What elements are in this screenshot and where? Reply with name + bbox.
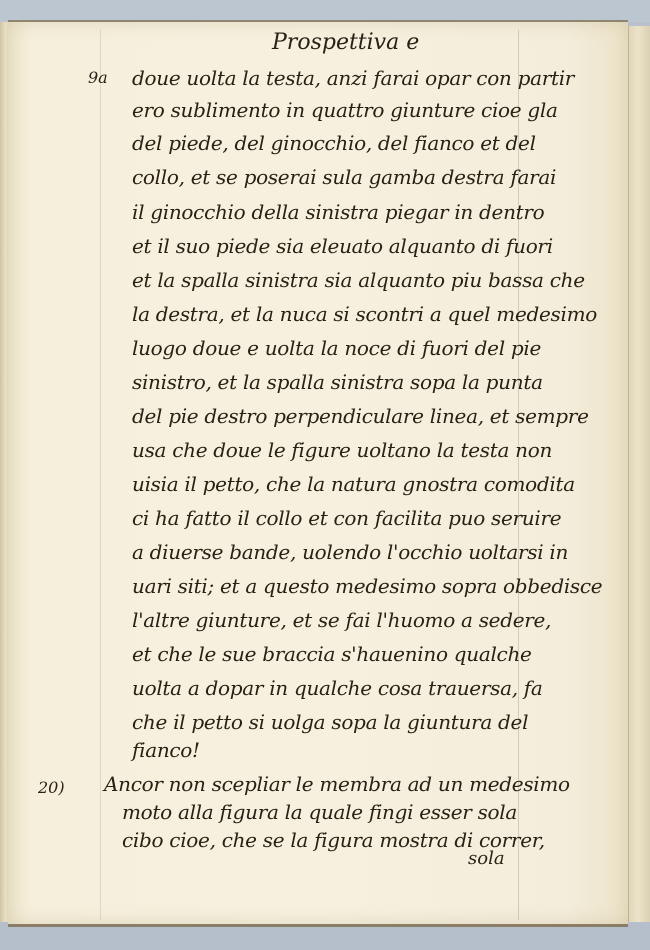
text-line: a diuerse bande, uolendo l'occhio uoltar… bbox=[132, 540, 568, 564]
text-line: sinistro, et la spalla sinistra sopa la … bbox=[132, 370, 543, 394]
text-line: collo, et se poserai sula gamba destra f… bbox=[132, 165, 556, 189]
margin-ruling-left bbox=[100, 30, 101, 920]
text-line: usa che doue le figure uoltano la testa … bbox=[132, 438, 552, 462]
text-line: fianco! bbox=[132, 738, 200, 762]
text-line: et la spalla sinistra sia alquanto piu b… bbox=[132, 268, 585, 292]
text-line: et il suo piede sia eleuato alquanto di … bbox=[132, 234, 553, 258]
text-line: la destra, et la nuca si scontri a quel … bbox=[132, 302, 597, 326]
text-line: uari siti; et a questo medesimo sopra ob… bbox=[132, 574, 602, 598]
text-line: che il petto si uolga sopa la giuntura d… bbox=[132, 710, 528, 734]
text-line: ci ha fatto il collo et con facilita puo… bbox=[132, 506, 561, 530]
text-line: del pie destro perpendiculare linea, et … bbox=[132, 404, 589, 428]
page-header: Prospettiva e bbox=[272, 30, 419, 55]
page-fore-edge bbox=[628, 26, 650, 922]
text-line: luogo doue e uolta la noce di fuori del … bbox=[132, 336, 541, 360]
scan-background-top bbox=[0, 0, 650, 22]
text-line: moto alla figura la quale fingi esser so… bbox=[122, 800, 517, 824]
text-line: l'altre giunture, et se fai l'huomo a se… bbox=[132, 608, 551, 632]
text-line: uolta a dopar in qualche cosa trauersa, … bbox=[132, 676, 543, 700]
marginal-number: 20) bbox=[38, 778, 65, 797]
marginal-number: 9a bbox=[88, 68, 108, 87]
text-line: il ginocchio della sinistra piegar in de… bbox=[132, 200, 544, 224]
text-line: del piede, del ginocchio, del fianco et … bbox=[132, 131, 536, 155]
text-line: et che le sue braccia s'hauenino qualche bbox=[132, 642, 532, 666]
text-line: doue uolta la testa, anzi farai opar con… bbox=[132, 66, 574, 90]
catchword: sola bbox=[468, 848, 505, 869]
text-line: uisia il petto, che la natura gnostra co… bbox=[132, 472, 575, 496]
text-line: ero sublimento in quattro giunture cioe … bbox=[132, 98, 558, 122]
text-line: Ancor non scepliar le membra ad un medes… bbox=[104, 772, 570, 796]
